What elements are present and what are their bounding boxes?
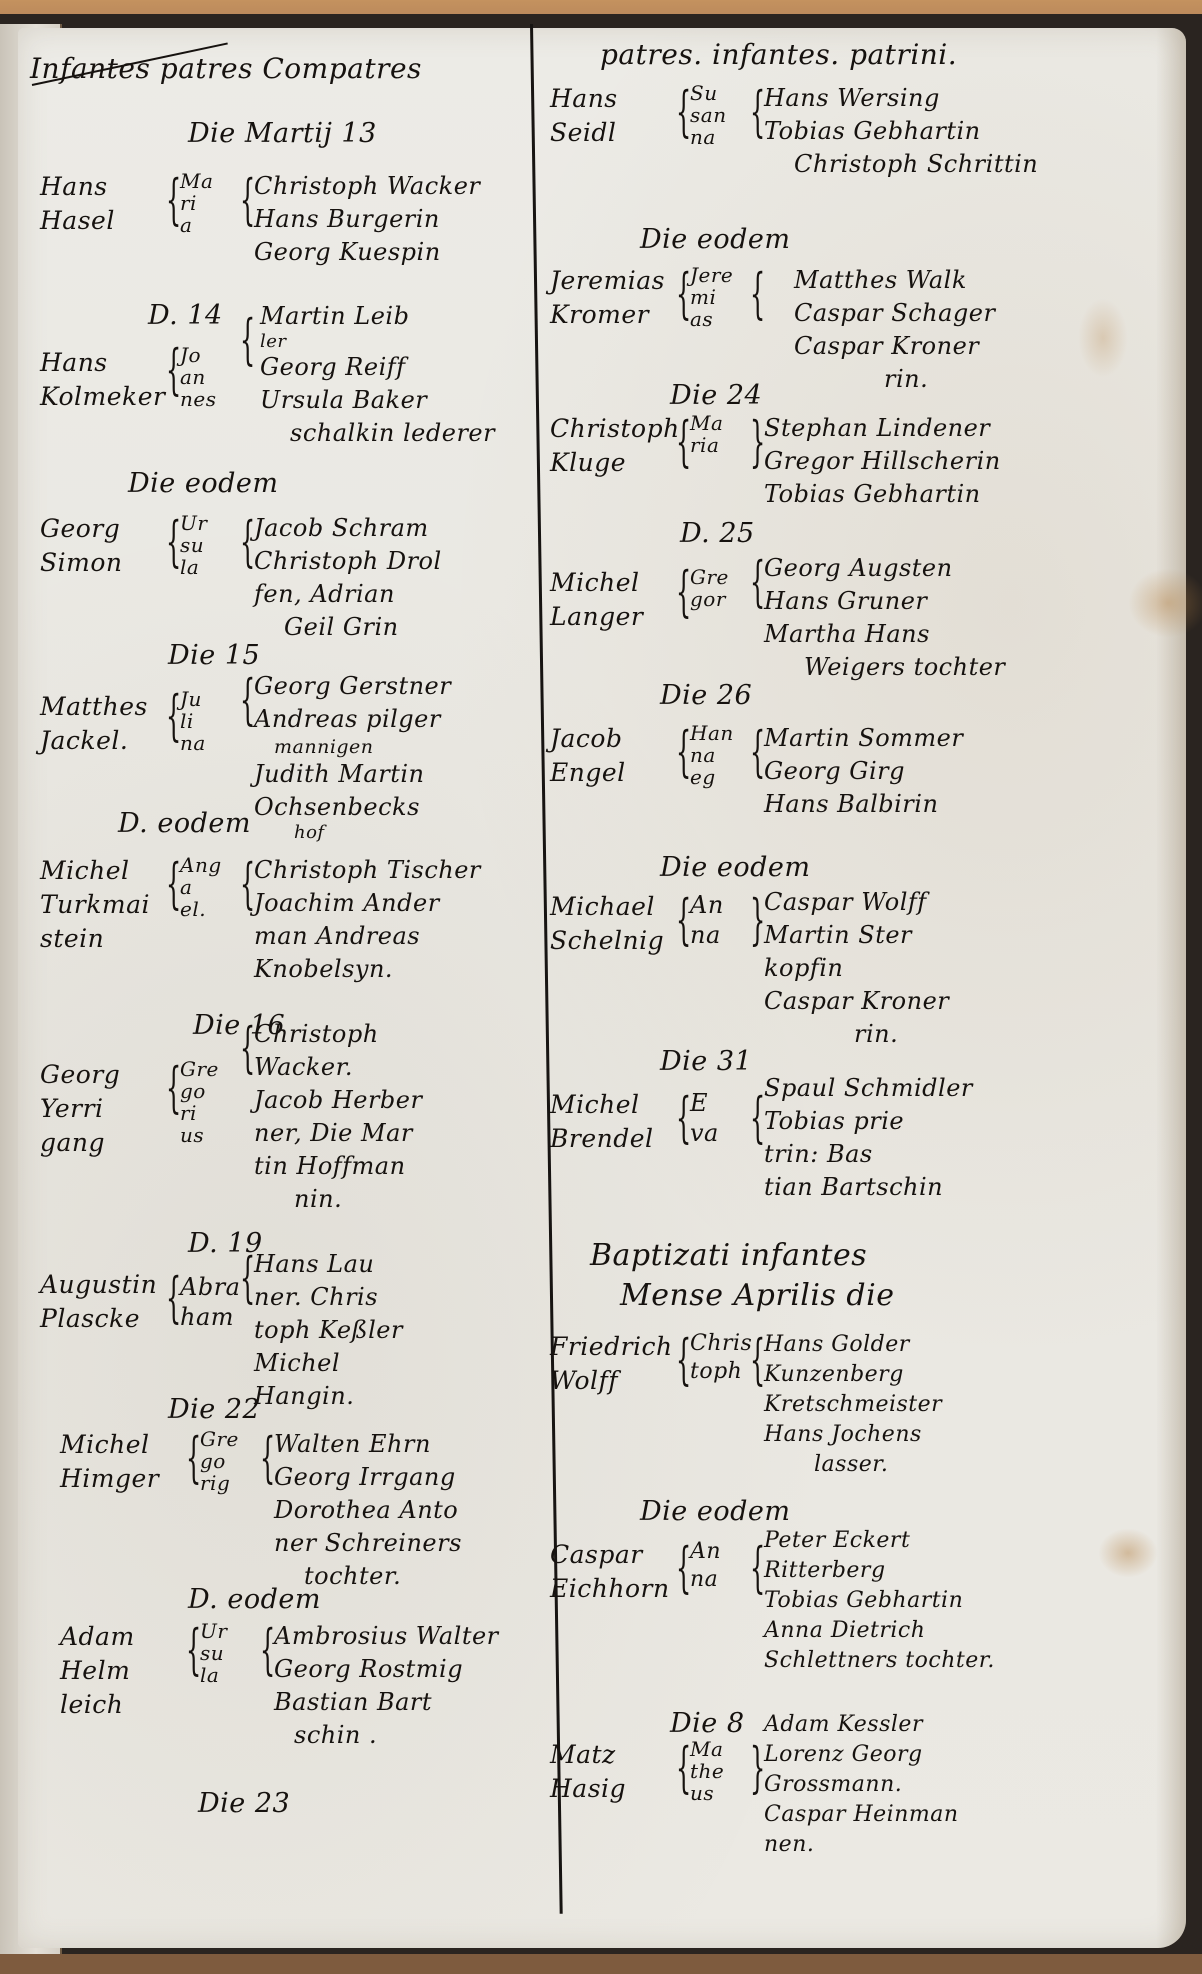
father-name: CasparEichhorn — [550, 1538, 668, 1606]
brace-icon: { — [166, 340, 172, 400]
brace-icon: { — [240, 854, 246, 914]
brace-icon: } — [750, 1738, 756, 1798]
father-name: FriedrichWolff — [550, 1330, 668, 1398]
baptism-entry: MichelLanger { Gre gor { Georg AugstenHa… — [550, 552, 1005, 684]
sponsors-list: Christoph WackerHans BurgerinGeorg Kuesp… — [254, 170, 480, 269]
sponsors-list: Ambrosius WalterGeorg RostmigBastian Bar… — [274, 1620, 499, 1752]
sponsors-list: Hans Launer. Christoph KeßlerMichelHangi… — [254, 1248, 403, 1413]
infant-name: Ur su la — [200, 1620, 252, 1686]
brace-icon: { — [166, 512, 172, 572]
brace-icon: { — [676, 722, 682, 782]
right-column: patres. infantes. patrini. HansSeidl { S… — [540, 28, 1180, 1948]
brace-icon: { — [750, 1330, 756, 1390]
baptism-entry: JeremiasKromer { Jere mi as { Matthes Wa… — [550, 264, 995, 396]
infant-name: Gre go rig — [200, 1428, 252, 1494]
brace-icon: { — [750, 82, 756, 142]
brace-icon: { — [240, 512, 246, 572]
brace-icon: { — [676, 562, 682, 622]
section-heading: Baptizati infantes — [590, 1238, 867, 1273]
brace-icon: { — [750, 1088, 756, 1148]
sponsors-list: Peter EckertRitterbergTobias GebhartinAn… — [764, 1526, 995, 1676]
infant-name: Han na eg — [690, 722, 742, 788]
sponsors-list: Matthes WalkCaspar SchagerCaspar Kronerr… — [794, 264, 995, 396]
baptism-entry: MichelHimger { Gre go rig { Walten EhrnG… — [60, 1428, 462, 1593]
backing-board-bottom — [0, 1954, 1202, 1974]
infant-name: E va — [690, 1088, 742, 1148]
infant-name: An na — [690, 890, 742, 950]
father-name: MichelBrendel — [550, 1088, 668, 1156]
sponsors-list: Georg AugstenHans GrunerMartha HansWeige… — [764, 552, 1005, 684]
baptism-entry: HansHasel { Ma ri a { Christoph WackerHa… — [40, 170, 480, 269]
father-name: ChristophKluge — [550, 412, 668, 480]
infant-name: An na — [690, 1538, 742, 1594]
brace-icon: { — [166, 854, 172, 914]
sponsors-list: Stephan LindenerGregor HillscherinTobias… — [764, 412, 1001, 511]
manuscript-page: Infantes patres Compatres Die Martij 13 … — [18, 28, 1186, 1948]
brace-icon: { — [166, 170, 172, 230]
father-name: HansHasel — [40, 170, 158, 238]
infant-name: Su san na — [690, 82, 742, 148]
baptism-entry: GeorgSimon { Ur su la { Jacob SchramChri… — [40, 512, 442, 644]
brace-icon: { — [676, 82, 682, 142]
trailing-date: Die 23 — [198, 1788, 290, 1819]
brace-icon: { — [166, 1058, 172, 1118]
sponsors-list: Hans WersingTobias GebhartinChristoph Sc… — [764, 82, 1038, 181]
father-name: AdamHelmleich — [60, 1620, 178, 1722]
entry-date: Die 24 — [670, 380, 762, 411]
baptism-entry: GeorgYerrigang { Gre go ri us { Christop… — [40, 1018, 422, 1216]
brace-icon: { — [186, 1620, 192, 1680]
brace-icon: { — [676, 1738, 682, 1798]
infant-name: Jere mi as — [690, 264, 742, 330]
infant-name: Gre go ri us — [180, 1058, 232, 1146]
sponsors-list: Martin LeiblerGeorg ReiffUrsula Bakersch… — [260, 300, 495, 450]
infant-name: Gre gor — [690, 566, 742, 610]
brace-icon: } — [750, 412, 756, 472]
father-name: GeorgSimon — [40, 512, 158, 580]
father-name: MatthesJackel. — [40, 690, 158, 758]
entry-date: Die 15 — [168, 640, 260, 671]
brace-icon: { — [240, 1248, 246, 1308]
brace-icon: { — [186, 1428, 192, 1488]
brace-icon: { — [240, 670, 246, 730]
infant-name: Ma ri a — [180, 170, 232, 236]
brace-icon: { — [240, 170, 246, 230]
sponsors-list: ChristophWacker.Jacob Herberner, Die Mar… — [254, 1018, 422, 1216]
entry-date: Die eodem — [128, 468, 278, 499]
baptism-entry: HansSeidl { Su san na { Hans WersingTobi… — [550, 82, 1038, 181]
father-name: JeremiasKromer — [550, 264, 668, 332]
infant-name: Chris toph — [690, 1330, 742, 1386]
sponsors-list: Christoph TischerJoachim Anderman Andrea… — [254, 854, 481, 986]
baptism-entry: MichelBrendel { E va { Spaul SchmidlerTo… — [550, 1088, 973, 1204]
entry-date: D. eodem — [118, 808, 251, 839]
entry-date: Die 8 — [670, 1708, 745, 1739]
sponsors-list: Martin SommerGeorg GirgHans Balbirin — [764, 722, 963, 821]
infant-name: Ang a el. — [180, 854, 232, 920]
month-heading: Die Martij 13 — [188, 118, 377, 149]
father-name: AugustinPlascke — [40, 1268, 158, 1336]
brace-icon: { — [676, 890, 682, 950]
entry-date: Die 31 — [660, 1046, 752, 1077]
baptism-entry: MichelTurkmaistein { Ang a el. { Christo… — [40, 854, 481, 986]
sponsors-list: Walten EhrnGeorg IrrgangDorothea Antoner… — [274, 1428, 462, 1593]
brace-icon: { — [750, 722, 756, 782]
column-heading: Infantes patres Compatres — [30, 52, 422, 85]
brace-icon: { — [240, 1018, 246, 1078]
entry-date: Die eodem — [640, 224, 790, 255]
father-name: MichelTurkmaistein — [40, 854, 158, 956]
baptism-entry: AugustinPlascke { Abra ham { Hans Launer… — [40, 1248, 403, 1413]
infant-name: Ju li na — [180, 688, 232, 754]
brace-icon: } — [750, 890, 756, 950]
brace-icon: { — [260, 1428, 266, 1488]
sponsors-list: Georg GerstnerAndreas pilgermannigenJudi… — [254, 670, 451, 842]
father-name: HansKolmeker — [40, 346, 158, 414]
brace-icon: { — [676, 1538, 682, 1598]
baptism-entry: MatzHasig { Ma the us } Adam KesslerLore… — [550, 1738, 959, 1860]
infant-name: Jo an nes — [180, 344, 232, 410]
brace-icon: { — [260, 1620, 266, 1680]
baptism-entry: CasparEichhorn { An na { Peter EckertRit… — [550, 1538, 995, 1676]
column-heading: patres. infantes. patrini. — [600, 38, 957, 71]
brace-icon: { — [166, 1268, 172, 1328]
baptism-entry: HansKolmeker { Jo an nes { Martin Leible… — [40, 300, 495, 450]
father-name: JacobEngel — [550, 722, 668, 790]
infant-name: Ur su la — [180, 512, 232, 578]
entry-date: Die eodem — [660, 852, 810, 883]
entry-date: Die 26 — [660, 680, 752, 711]
sponsors-list: Jacob SchramChristoph Drolfen, AdrianGei… — [254, 512, 442, 644]
left-column: Infantes patres Compatres Die Martij 13 … — [18, 28, 530, 1948]
infant-name: Ma the us — [690, 1738, 742, 1804]
father-name: MichaelSchelnig — [550, 890, 668, 958]
entry-date: D. eodem — [188, 1584, 321, 1615]
sponsors-list: Caspar WolffMartin SterkopfinCaspar Kron… — [764, 886, 949, 1051]
father-name: GeorgYerrigang — [40, 1058, 158, 1160]
entry-date: Die 22 — [168, 1394, 260, 1425]
brace-icon: { — [750, 552, 756, 612]
brace-icon: { — [166, 686, 172, 746]
baptism-entry: AdamHelmleich { Ur su la { Ambrosius Wal… — [60, 1620, 499, 1752]
father-name: MatzHasig — [550, 1738, 668, 1806]
sponsors-list: Spaul SchmidlerTobias prietrin: Bastian … — [764, 1072, 973, 1204]
brace-icon: { — [750, 264, 756, 324]
baptism-entry: FriedrichWolff { Chris toph { Hans Golde… — [550, 1330, 942, 1480]
brace-icon: { — [676, 1088, 682, 1148]
father-name: MichelLanger — [550, 566, 668, 634]
sponsors-list: Hans GolderKunzenbergKretschmeisterHans … — [764, 1330, 942, 1480]
infant-name: Ma ria — [690, 412, 742, 456]
brace-icon: { — [676, 264, 682, 324]
baptism-entry: ChristophKluge { Ma ria } Stephan Linden… — [550, 412, 1001, 511]
brace-icon: { — [750, 1538, 756, 1598]
baptism-entry: MichaelSchelnig { An na } Caspar WolffMa… — [550, 890, 949, 1051]
sponsors-list: Adam KesslerLorenz GeorgGrossmann.Caspar… — [764, 1710, 959, 1860]
father-name: MichelHimger — [60, 1428, 178, 1496]
infant-name: Abra ham — [180, 1272, 232, 1332]
baptism-entry: JacobEngel { Han na eg { Martin SommerGe… — [550, 722, 963, 821]
section-heading: Mense Aprilis die — [620, 1278, 894, 1313]
brace-icon: { — [240, 310, 246, 370]
entry-date: D. 25 — [680, 518, 755, 549]
entry-date: Die eodem — [640, 1496, 790, 1527]
brace-icon: { — [676, 1330, 682, 1390]
brace-icon: { — [676, 412, 682, 472]
father-name: HansSeidl — [550, 82, 668, 150]
